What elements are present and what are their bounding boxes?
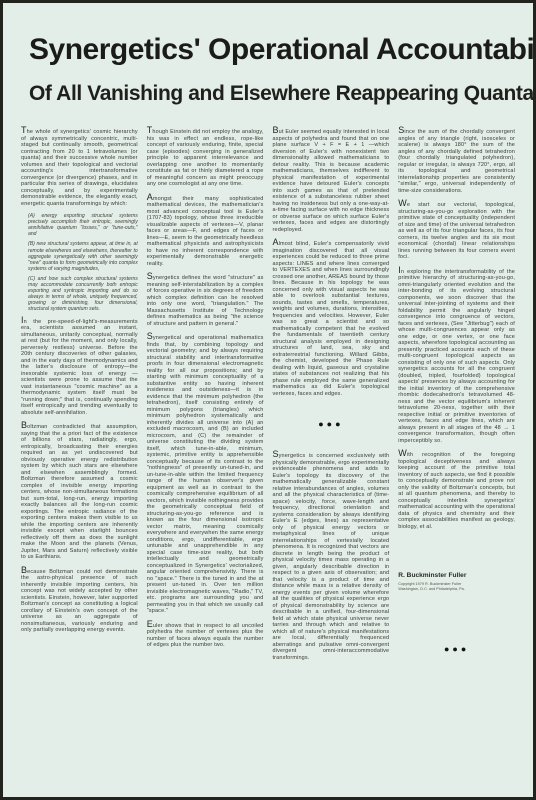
ornament-dots: ●●● xyxy=(273,419,390,429)
text-columns: The whole of synergetics' cosmic hierarc… xyxy=(3,105,533,676)
paragraph: Because Boltzman could not demonstrate t… xyxy=(21,567,138,634)
paragraph: Synergetical and operational mathematics… xyxy=(147,333,264,615)
paragraph: The whole of synergetics' cosmic hierarc… xyxy=(21,127,138,207)
list-item: (B) new structural systems appear, at ti… xyxy=(28,241,138,271)
paragraph: With recognition of the foregoing topolo… xyxy=(398,450,515,530)
page-subtitle: Of All Vanishing and Elsewhere Reappeari… xyxy=(29,82,507,105)
ornament-dots: ●●● xyxy=(398,644,515,654)
text-column-2: Though Einstein did not employ the analo… xyxy=(147,127,264,676)
header: Synergetics' Operational Accountability … xyxy=(3,3,533,105)
paragraph: Almost blind, Euler's compensatorily viv… xyxy=(273,239,390,397)
signature-block: R. Buckminster FullerCopyright 1979 R. B… xyxy=(398,572,515,592)
paragraph: We start our vectorial, topological, str… xyxy=(398,200,515,261)
paragraph: Euler shows that in respect to all uncoi… xyxy=(147,621,264,649)
paragraph: Since the sum of the chordally convergen… xyxy=(398,127,515,194)
paragraph: Amongst their many sophisticated mathema… xyxy=(147,194,264,268)
text-column-3: But Euler seemed equally interested in l… xyxy=(273,127,390,676)
paragraph: Though Einstein did not employ the analo… xyxy=(147,127,264,188)
list-item: (A) energy exporting structural systems … xyxy=(28,213,138,237)
paragraph: But Euler seemed equally interested in l… xyxy=(273,127,390,233)
text-column-4: Since the sum of the chordally convergen… xyxy=(398,127,515,676)
paragraph: Synergetics is concerned exclusively wit… xyxy=(273,451,390,661)
page-title: Synergetics' Operational Accountability xyxy=(29,33,507,66)
paragraph: Synergetics defines the word "structure"… xyxy=(147,273,264,327)
paragraph: In exploring the intertransformability o… xyxy=(398,267,515,445)
text-column-1: The whole of synergetics' cosmic hierarc… xyxy=(21,127,138,676)
poster-page: Synergetics' Operational Accountability … xyxy=(0,0,536,800)
paragraph: In the pre-speed-of-light's-measurements… xyxy=(21,317,138,417)
list-item: (C) and how such complex structural syst… xyxy=(28,276,138,313)
signature-name: R. Buckminster Fuller xyxy=(398,572,515,579)
signature-location: Washington, D.C. and Philadelphia, Pa. xyxy=(398,587,515,592)
paragraph: Boltzman contradicted that assumption, s… xyxy=(21,422,138,561)
